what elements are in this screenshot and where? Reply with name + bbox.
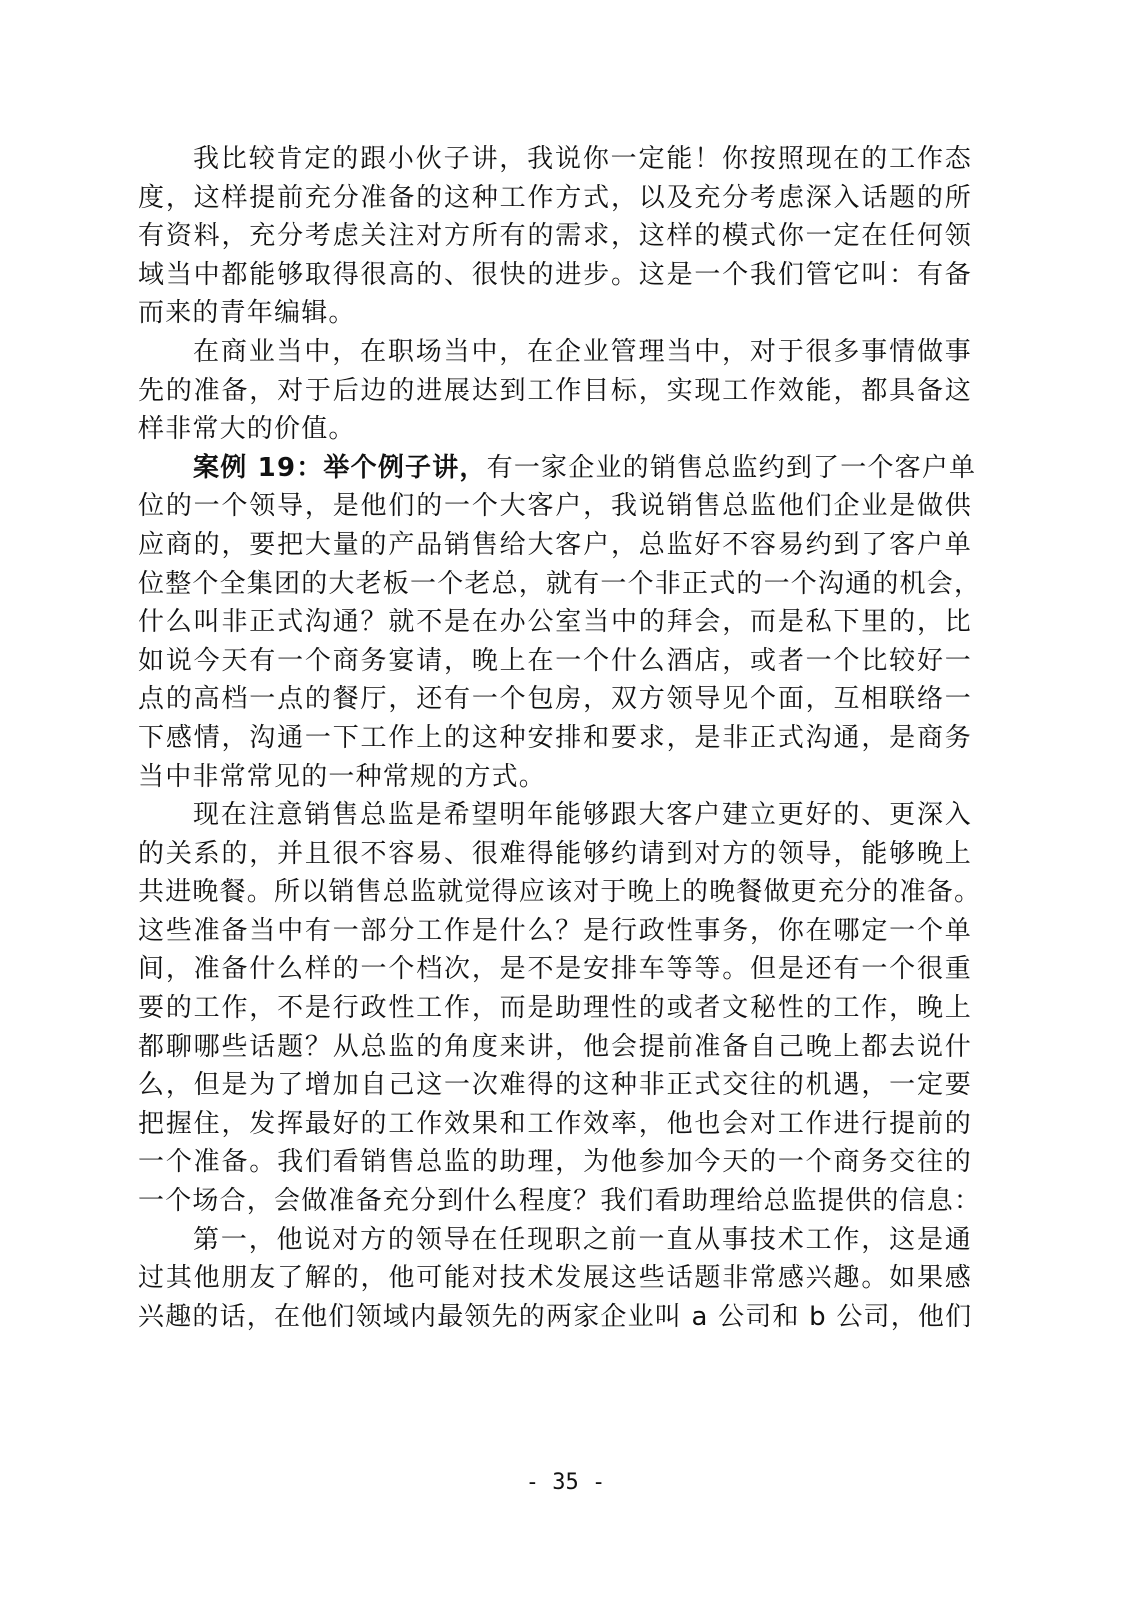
text-line: 如说今天有一个商务宴请，晚上在一个什么酒店，或者一个比较好一 xyxy=(138,642,972,681)
text-line: 先的准备，对于后边的进展达到工作目标，实现工作效能，都具备这 xyxy=(138,372,972,411)
text-line: 案例 19：举个例子讲，有一家企业的销售总监约到了一个客户单 xyxy=(138,449,972,488)
paragraph: 第一，他说对方的领导在任现职之前一直从事技术工作，这是通 过其他朋友了解的，他可… xyxy=(138,1221,972,1337)
text-line: 要的工作，不是行政性工作，而是助理性的或者文秘性的工作，晚上 xyxy=(138,989,972,1028)
text-line: 一个场合，会做准备充分到什么程度？我们看助理给总监提供的信息： xyxy=(138,1182,972,1221)
text-line: 这些准备当中有一部分工作是什么？是行政性事务，你在哪定一个单 xyxy=(138,912,972,951)
text-line: 在商业当中，在职场当中，在企业管理当中，对于很多事情做事 xyxy=(138,333,972,372)
text-line: 而来的青年编辑。 xyxy=(138,294,972,333)
paragraph: 在商业当中，在职场当中，在企业管理当中，对于很多事情做事 先的准备，对于后边的进… xyxy=(138,333,972,449)
text-line: 的关系的，并且很不容易、很难得能够约请到对方的领导，能够晚上 xyxy=(138,835,972,874)
case-heading: 案例 19：举个例子讲， xyxy=(193,453,487,483)
text-line: 样非常大的价值。 xyxy=(138,410,972,449)
text-line: 第一，他说对方的领导在任现职之前一直从事技术工作，这是通 xyxy=(138,1221,972,1260)
text-line: 域当中都能够取得很高的、很快的进步。这是一个我们管它叫：有备 xyxy=(138,256,972,295)
document-page: 我比较肯定的跟小伙子讲，我说你一定能！你按照现在的工作态 度，这样提前充分准备的… xyxy=(0,0,1131,1600)
text-line: 位的一个领导，是他们的一个大客户，我说销售总监他们企业是做供 xyxy=(138,487,972,526)
text-line: 过其他朋友了解的，他可能对技术发展这些话题非常感兴趣。如果感 xyxy=(138,1259,972,1298)
text-line: 点的高档一点的餐厅，还有一个包房，双方领导见个面，互相联络一 xyxy=(138,680,972,719)
text-line: 兴趣的话，在他们领域内最领先的两家企业叫 a 公司和 b 公司，他们 xyxy=(138,1298,972,1337)
company-a-label: a xyxy=(691,1302,708,1332)
text-line: 把握住，发挥最好的工作效果和工作效率，他也会对工作进行提前的 xyxy=(138,1105,972,1144)
text-line: 都聊哪些话题？从总监的角度来讲，他会提前准备自己晚上都去说什 xyxy=(138,1028,972,1067)
text-line: 应商的，要把大量的产品销售给大客户，总监好不容易约到了客户单 xyxy=(138,526,972,565)
text-line: 一个准备。我们看销售总监的助理，为他参加今天的一个商务交往的 xyxy=(138,1143,972,1182)
text-line: 下感情，沟通一下工作上的这种安排和要求，是非正式沟通，是商务 xyxy=(138,719,972,758)
text-run: 公司，他们 xyxy=(827,1302,972,1332)
body-text: 我比较肯定的跟小伙子讲，我说你一定能！你按照现在的工作态 度，这样提前充分准备的… xyxy=(138,140,972,1336)
text-line: 度，这样提前充分准备的这种工作方式，以及充分考虑深入话题的所 xyxy=(138,179,972,218)
text-line: 现在注意销售总监是希望明年能够跟大客户建立更好的、更深入 xyxy=(138,796,972,835)
text-line: 间，准备什么样的一个档次，是不是安排车等等。但是还有一个很重 xyxy=(138,950,972,989)
paragraph: 我比较肯定的跟小伙子讲，我说你一定能！你按照现在的工作态 度，这样提前充分准备的… xyxy=(138,140,972,333)
text-line: 我比较肯定的跟小伙子讲，我说你一定能！你按照现在的工作态 xyxy=(138,140,972,179)
company-b-label: b xyxy=(809,1302,827,1332)
paragraph-case-19: 案例 19：举个例子讲，有一家企业的销售总监约到了一个客户单 位的一个领导，是他… xyxy=(138,449,972,796)
text-run: 有一家企业的销售总监约到了一个客户单 xyxy=(487,453,977,483)
text-line: 共进晚餐。所以销售总监就觉得应该对于晚上的晚餐做更充分的准备。 xyxy=(138,873,972,912)
text-run: 公司和 xyxy=(709,1302,810,1332)
text-line: 么，但是为了增加自己这一次难得的这种非正式交往的机遇，一定要 xyxy=(138,1066,972,1105)
text-line: 有资料，充分考虑关注对方所有的需求，这样的模式你一定在任何领 xyxy=(138,217,972,256)
paragraph: 现在注意销售总监是希望明年能够跟大客户建立更好的、更深入 的关系的，并且很不容易… xyxy=(138,796,972,1221)
page-number: - 35 - xyxy=(0,1470,1131,1495)
text-line: 什么叫非正式沟通？就不是在办公室当中的拜会，而是私下里的，比 xyxy=(138,603,972,642)
text-line: 位整个全集团的大老板一个老总，就有一个非正式的一个沟通的机会， xyxy=(138,565,972,604)
text-line: 当中非常常见的一种常规的方式。 xyxy=(138,758,972,797)
text-run: 兴趣的话，在他们领域内最领先的两家企业叫 xyxy=(138,1302,691,1332)
